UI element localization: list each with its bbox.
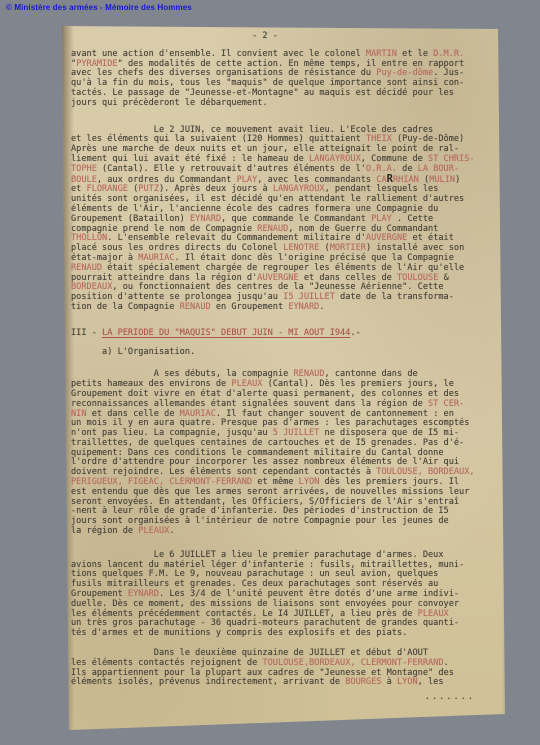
doc-text: (Cantal). Dès les premiers jours, le bbox=[262, 379, 453, 389]
doc-text: et était bbox=[407, 233, 454, 243]
archive-watermark: © Ministère des armées - Mémoire des Hom… bbox=[6, 3, 192, 12]
highlighted-name: THEIX bbox=[366, 134, 392, 144]
doc-text: Groupement bbox=[71, 589, 128, 599]
doc-text: à bbox=[381, 677, 397, 687]
doc-text: l'ordre d'attendre pour incorporer les a… bbox=[71, 457, 459, 467]
doc-text: ( bbox=[128, 184, 138, 194]
doc-line: TOPHE (Cantal). Elle y retrouvait d'autr… bbox=[71, 165, 497, 175]
highlighted-name: ST CHRIS- bbox=[428, 154, 475, 164]
doc-text: Le 6 JUILLET a lieu le premier parachuta… bbox=[71, 550, 444, 560]
doc-text: doivent rejoindre. Les éléments sont cep… bbox=[71, 467, 376, 477]
highlighted-name: PLEAUX bbox=[138, 526, 169, 536]
doc-line: jours qui précèderont le débarquement. bbox=[71, 99, 497, 109]
doc-text: . Les 3/4 de l'unité peuvent être dotés … bbox=[159, 589, 459, 599]
section-title-text: LA PERIODE DU "MAQUIS" DEBUT JUIN - MI A… bbox=[102, 328, 350, 338]
highlighted-name: BOURGES bbox=[345, 677, 381, 687]
doc-text: tés d'armes et de munitions y compris de… bbox=[71, 628, 407, 638]
highlighted-name: D.M.R. bbox=[433, 49, 464, 59]
doc-text: éléments de l'Air, l'ancienne école des … bbox=[71, 204, 438, 214]
para-parachutages: Le 6 JUILLET a lieu le premier parachuta… bbox=[71, 551, 497, 639]
doc-text: , les bbox=[418, 677, 444, 687]
doc-text: -nent à leur rôle de grade d'infanterie.… bbox=[71, 506, 449, 516]
highlighted-name: THOLLON bbox=[71, 233, 107, 243]
doc-text: . bbox=[444, 658, 449, 668]
doc-text: . L'ensemble relevait du Commandement mi… bbox=[107, 233, 366, 243]
highlighted-name: LYON bbox=[397, 677, 418, 687]
doc-text: jours sont organisées à l'intérieur de n… bbox=[71, 516, 449, 526]
doc-text: tion de la Compagnie bbox=[71, 302, 180, 312]
margin-pencil-mark bbox=[526, 374, 537, 376]
doc-text: Groupement (Bataillon) bbox=[71, 214, 190, 224]
doc-text: éléments isolés, prévenus indirectement,… bbox=[71, 677, 345, 687]
doc-text: et bbox=[71, 184, 87, 194]
highlighted-name: PLEAUX bbox=[231, 379, 262, 389]
doc-text: Dans le deuxième quinzaine de JUILLET et… bbox=[71, 648, 428, 658]
highlighted-name: NIN bbox=[71, 409, 87, 419]
doc-text: . Il faut changer souvent de cantonnemen… bbox=[216, 409, 454, 419]
doc-text: date de la transforma- bbox=[335, 292, 454, 302]
highlighted-name: TOULOUSE,BORDEAUX, CLERMONT-FERRAND bbox=[262, 658, 443, 668]
doc-text: , ou fonctionnaient des centres de la "J… bbox=[112, 282, 443, 292]
highlighted-name: LANGAYROUX bbox=[273, 184, 325, 194]
highlighted-name: EYNARD bbox=[190, 214, 221, 224]
doc-text: ) bbox=[455, 175, 460, 185]
doc-text: n'ont pas lieu. La compagnie, jusqu'au bbox=[71, 428, 273, 438]
highlighted-name: EYNARD bbox=[288, 302, 319, 312]
doc-line: - 2 - bbox=[71, 32, 497, 42]
highlighted-name: RENAUD bbox=[180, 302, 211, 312]
doc-text: est entendu que dès que les armes seront… bbox=[71, 487, 469, 497]
doc-text: ( bbox=[319, 243, 329, 253]
para-2-juin: Le 2 JUIN, ce mouvement avait lieu. L'Ec… bbox=[71, 126, 497, 313]
doc-text: placé sous les ordres directs du Colonel bbox=[71, 243, 283, 253]
highlighted-name: LYON bbox=[299, 477, 320, 487]
highlighted-name: BORDEAUX bbox=[71, 282, 112, 292]
doc-text: unités sont organisées, il est décidé qu… bbox=[71, 194, 464, 204]
highlighted-name: FLORANGE bbox=[87, 184, 128, 194]
highlighted-name: I5 JUILLET bbox=[283, 292, 335, 302]
doc-text: de bbox=[397, 164, 418, 174]
doc-text: traillettes, de quelques centaines de ca… bbox=[71, 438, 464, 448]
doc-line: ....... bbox=[71, 693, 475, 703]
doc-line: la région de PLEAUX. bbox=[71, 527, 497, 537]
highlighted-name: PUTZ bbox=[138, 184, 159, 194]
doc-text: , cantonne dans de bbox=[325, 369, 418, 379]
doc-text: fusils mitrailleurs et grenades. Ces deu… bbox=[71, 579, 438, 589]
para-closing: Dans le deuxième quinzaine de JUILLET et… bbox=[71, 649, 497, 688]
doc-text: tions quelques F.M. Le 9, nouveau parach… bbox=[71, 569, 438, 579]
doc-text: . Jus- bbox=[433, 68, 464, 78]
doc-text: en Groupement bbox=[211, 302, 289, 312]
highlighted-name: MARTIN bbox=[366, 49, 397, 59]
doc-text: , Commune de bbox=[361, 154, 428, 164]
highlighted-name: RENAUD bbox=[293, 369, 324, 379]
doc-text: liement qui lui avait été fixé : le hame… bbox=[71, 154, 309, 164]
doc-text: a) L'Organisation. bbox=[71, 347, 195, 357]
doc-text: A ses débuts, la compagnie bbox=[71, 369, 293, 379]
typewritten-text-block: - 2 -avant une action d'ensemble. Il con… bbox=[71, 32, 497, 703]
doc-text: les éléments contactés rejoignent de bbox=[71, 658, 262, 668]
doc-text: petits hameaux des environs de bbox=[71, 379, 231, 389]
doc-text: position d'attente se prolongea jusqu'au bbox=[71, 292, 283, 302]
doc-text: ....... bbox=[425, 692, 475, 702]
doc-text: . bbox=[169, 526, 174, 536]
highlighted-name: TOULOUSE, BORDEAUX, bbox=[376, 467, 474, 477]
doc-line: a) L'Organisation. bbox=[71, 348, 497, 358]
doc-text: Après une marche de deux nuits et un jou… bbox=[71, 144, 459, 154]
page-right-edge-shade bbox=[502, 24, 508, 738]
highlighted-name: LA BOUR- bbox=[418, 164, 459, 174]
highlighted-name: LANGAYROUX bbox=[309, 154, 361, 164]
doc-line: tion de la Compagnie RENAUD en Groupemen… bbox=[71, 303, 497, 313]
doc-text: un très gros parachutage - 36 quadri-mot… bbox=[71, 618, 459, 628]
doc-text: reconnaissances allemandes étant signalé… bbox=[71, 399, 428, 409]
doc-text: et le bbox=[397, 49, 433, 59]
dots-line: ....... bbox=[71, 693, 497, 703]
doc-text: avec les chefs des diverses organisation… bbox=[71, 68, 376, 78]
subsection-organisation: a) L'Organisation. bbox=[71, 348, 497, 358]
highlighted-name: PLAY bbox=[371, 214, 392, 224]
doc-text: tactés. Le passage de "Jeunesse-et-Monta… bbox=[71, 88, 454, 98]
highlighted-name: MAURIAC bbox=[138, 253, 174, 263]
doc-text: (Puy-de-Dôme) bbox=[392, 134, 464, 144]
doc-line: III - LA PERIODE DU "MAQUIS" DEBUT JUIN … bbox=[71, 329, 497, 339]
highlighted-name: AUVERGNE bbox=[366, 233, 407, 243]
doc-text: - 2 - bbox=[71, 31, 278, 41]
doc-text: Groupement doit vivre en état d'alerte q… bbox=[71, 389, 459, 399]
highlighted-name: MAURIAC bbox=[180, 409, 216, 419]
doc-text: un mois il y en aura quatre. Presque pas… bbox=[71, 418, 469, 428]
doc-line: éléments isolés, prévenus indirectement,… bbox=[71, 678, 497, 688]
doc-text: , que commande le Commandant bbox=[221, 214, 371, 224]
page-number-line: - 2 - bbox=[71, 32, 497, 42]
doc-text: . Cette bbox=[392, 214, 433, 224]
doc-text: avant une action d'ensemble. Il convient… bbox=[71, 49, 366, 59]
doc-text: et les éléments qui la suivaient (I20 Ho… bbox=[71, 134, 366, 144]
scan-viewer-background: { "watermark": { "text": "© Ministère de… bbox=[0, 0, 540, 745]
doc-text: . Il était donc dès l'origine précisé qu… bbox=[174, 253, 453, 263]
doc-text: était spécialement chargée de regrouper … bbox=[102, 263, 464, 273]
section-heading: III - LA PERIODE DU "MAQUIS" DEBUT JUIN … bbox=[71, 329, 497, 339]
document-page: - 2 -avant une action d'ensemble. Il con… bbox=[58, 24, 508, 738]
doc-text: ne disposera que de I5 mi- bbox=[319, 428, 459, 438]
doc-text: qu'à la fin du mois, tous les "maquis" d… bbox=[71, 78, 464, 88]
doc-line: tés d'armes et de munitions y compris de… bbox=[71, 629, 497, 639]
doc-text: dès les premiers jours. Il bbox=[319, 477, 459, 487]
doc-text: état-major à bbox=[71, 253, 138, 263]
highlighted-name: RENAUD bbox=[71, 263, 102, 273]
highlighted-name: EYNARD bbox=[128, 589, 159, 599]
doc-text: (Cantal). Elle y retrouvait d'autres élé… bbox=[97, 164, 366, 174]
doc-text: jours qui précèderont le débarquement. bbox=[71, 98, 268, 108]
para-intro: avant une action d'ensemble. Il convient… bbox=[71, 50, 497, 109]
doc-text: duelle. Dès ce moment, des missions de l… bbox=[71, 599, 459, 609]
doc-text: , pendant lesquels les bbox=[325, 184, 439, 194]
highlighted-name: ST CER- bbox=[428, 399, 464, 409]
doc-text: . bbox=[319, 302, 324, 312]
highlighted-name: MORTIER bbox=[330, 243, 366, 253]
doc-text: ). Après deux jours à bbox=[159, 184, 273, 194]
highlighted-name: 5 JUILLET bbox=[273, 428, 320, 438]
highlighted-name: LENOTRE bbox=[283, 243, 319, 253]
doc-text: et dans celle de bbox=[87, 409, 180, 419]
doc-text: III - bbox=[71, 328, 102, 338]
highlighted-name: TOPHE bbox=[71, 164, 97, 174]
highlighted-name: Puy-de-dôme bbox=[376, 68, 433, 78]
doc-text: .- bbox=[350, 328, 360, 338]
doc-text: et même bbox=[252, 477, 299, 487]
highlighted-name: PERIGUEUX, FIGEAC, CLERMONT-FERRAND bbox=[71, 477, 252, 487]
doc-text: la région de bbox=[71, 526, 138, 536]
para-organisation: A ses débuts, la compagnie RENAUD, canto… bbox=[71, 370, 497, 537]
doc-text: ) installé avec son bbox=[366, 243, 464, 253]
